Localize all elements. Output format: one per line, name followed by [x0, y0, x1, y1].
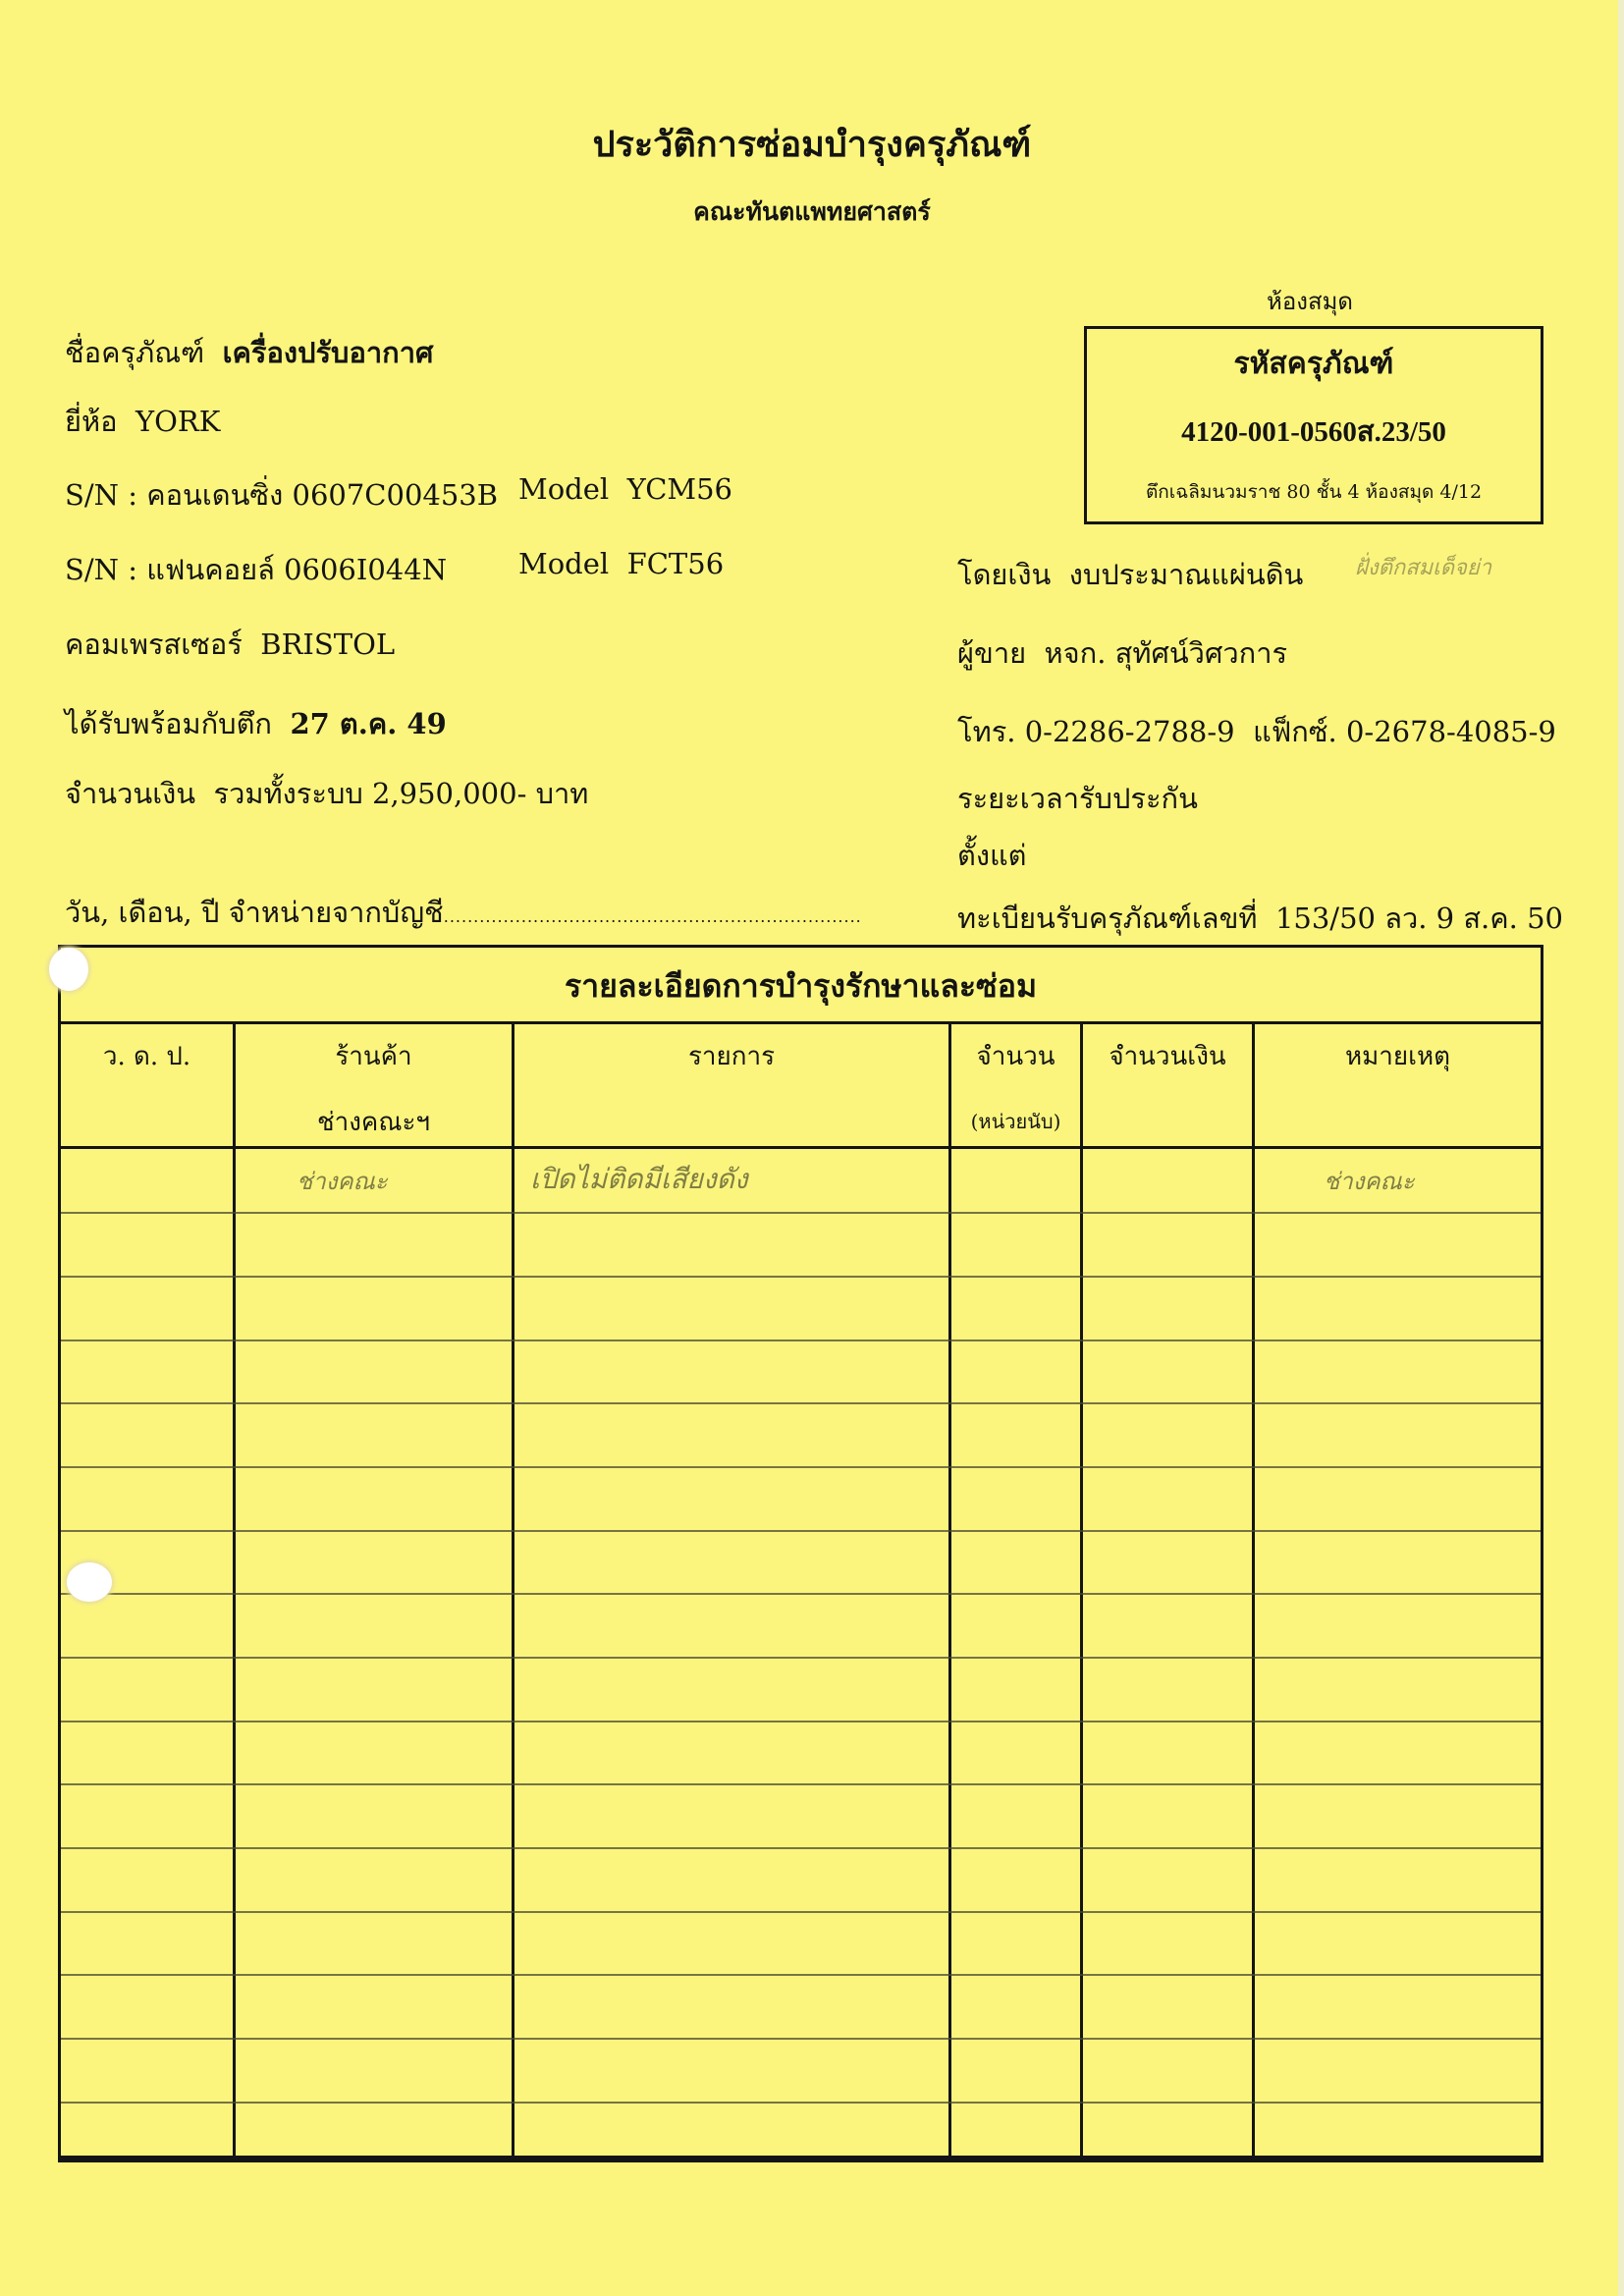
- row1-item: เปิดไม่ติดมีเสียงดัง: [530, 1158, 747, 1201]
- brand-value: YORK: [135, 405, 220, 438]
- model2-value: FCT56: [627, 547, 725, 580]
- column-divider: [512, 1024, 514, 2156]
- registry-field: ทะเบียนรับครุภัณฑ์เลขที่ 153/50 ลว. 9 ส.…: [957, 896, 1563, 941]
- equipment-name-label: ชื่อครุภัณฑ์: [65, 336, 204, 369]
- received-value: 27 ต.ค. 49: [290, 707, 446, 740]
- sn2-label: S/N : แฟนคอยล์: [65, 553, 275, 586]
- sn2-value: 0606I044N: [284, 553, 447, 586]
- compressor-value: BRISTOL: [260, 628, 395, 661]
- header-label: หมายเหตุ: [1345, 1042, 1450, 1071]
- warranty-label: ระยะเวลารับประกัน: [957, 776, 1198, 821]
- row-divider: [61, 1657, 1541, 1659]
- column-header-item: รายการ: [514, 1024, 948, 1149]
- registry-label: ทะเบียนรับครุภัณฑ์เลขที่: [957, 902, 1258, 935]
- amount-label: จำนวนเงิน: [65, 777, 195, 810]
- model2-field: Model FCT56: [518, 547, 724, 580]
- compressor-label: คอมเพรสเซอร์: [65, 628, 243, 661]
- received-field: ได้รับพร้อมกับตึก 27 ต.ค. 49: [65, 701, 447, 746]
- row-divider: [61, 1402, 1541, 1404]
- writeoff-label: วัน, เดือน, ปี จำหน่ายจากบัญชี: [65, 896, 444, 929]
- header-label: จำนวนเงิน: [1109, 1042, 1225, 1071]
- writeoff-blank: ........................................…: [444, 907, 862, 926]
- seller-value: หจก. สุทัศน์วิศวการ: [1045, 636, 1288, 670]
- column-header-date: ว. ด. ป.: [61, 1024, 233, 1149]
- column-divider: [1080, 1024, 1083, 2156]
- model1-field: Model YCM56: [518, 472, 732, 506]
- registry-value: 153/50 ลว. 9 ส.ค. 50: [1275, 902, 1563, 935]
- row-divider: [61, 1974, 1541, 1976]
- writeoff-field: วัน, เดือน, ปี จำหน่ายจากบัญชี..........…: [65, 890, 862, 935]
- table-title: รายละเอียดการบำรุงรักษาและซ่อม: [61, 948, 1541, 1024]
- row-divider: [61, 2102, 1541, 2104]
- row-divider: [61, 1593, 1541, 1595]
- brand-label: ยี่ห้อ: [65, 405, 118, 438]
- seller-label: ผู้ขาย: [957, 636, 1026, 670]
- funding-label: โดยเงิน: [957, 558, 1051, 591]
- equipment-name-value: เครื่องปรับอากาศ: [223, 336, 434, 369]
- punch-hole: [67, 1562, 112, 1602]
- amount-field: จำนวนเงิน รวมทั้งระบบ 2,950,000- บาท: [65, 771, 588, 816]
- row1-vendor: ช่างคณะ: [297, 1162, 388, 1200]
- row-divider: [61, 1466, 1541, 1468]
- header-rule: [61, 1146, 1541, 1149]
- brand-field: ยี่ห้อ YORK: [65, 399, 220, 444]
- code-heading: รหัสครุภัณฑ์: [1087, 341, 1541, 387]
- row-divider: [61, 1276, 1541, 1278]
- fax-label: แฟ็กซ์.: [1253, 715, 1337, 748]
- header-label: ว. ด. ป.: [103, 1042, 190, 1071]
- header-label: รายการ: [688, 1042, 775, 1071]
- column-header-remark: หมายเหตุ: [1255, 1024, 1541, 1149]
- punch-hole: [49, 948, 88, 991]
- column-divider: [948, 1024, 951, 2156]
- model1-value: YCM56: [627, 472, 732, 506]
- compressor-field: คอมเพรสเซอร์ BRISTOL: [65, 622, 395, 667]
- location-label: ห้องสมุด: [1267, 282, 1353, 320]
- document-title: ประวัติการซ่อมบำรุงครุภัณฑ์: [0, 116, 1624, 172]
- fax-value: 0-2678-4085-9: [1346, 715, 1556, 748]
- amount-value: รวมทั้งระบบ 2,950,000- บาท: [214, 777, 589, 810]
- row-divider: [61, 1911, 1541, 1913]
- column-header-vendor: ร้านค้า ช่างคณะฯ: [236, 1024, 512, 1149]
- row-divider: [61, 1530, 1541, 1532]
- equipment-name-field: ชื่อครุภัณฑ์ เครื่องปรับอากาศ: [65, 330, 433, 375]
- maintenance-table: รายละเอียดการบำรุงรักษาและซ่อม ว. ด. ป. …: [58, 945, 1543, 2162]
- model1-label: Model: [518, 472, 609, 506]
- header-sublabel: (หน่วยนับ): [951, 1106, 1080, 1137]
- row-divider: [61, 1721, 1541, 1722]
- warranty-from-label: ตั้งแต่: [957, 833, 1027, 878]
- sn1-value: 0607C00453B: [293, 478, 499, 512]
- row-divider: [61, 1339, 1541, 1341]
- row1-remark: ช่างคณะ: [1324, 1162, 1415, 1200]
- contact-field: โทร. 0-2286-2788-9 แฟ็กซ์. 0-2678-4085-9: [957, 709, 1556, 754]
- column-divider: [233, 1024, 236, 2156]
- row-divider: [61, 1847, 1541, 1849]
- header-sublabel: ช่างคณะฯ: [236, 1102, 512, 1142]
- header-label: ร้านค้า: [335, 1042, 411, 1071]
- funding-value: งบประมาณแผ่นดิน: [1069, 558, 1304, 591]
- model2-label: Model: [518, 547, 609, 580]
- sn1-label: S/N : คอนเดนซิ่ง: [65, 478, 283, 512]
- document-subtitle: คณะทันตแพทยศาสตร์: [0, 192, 1624, 232]
- handwritten-funding-note: ฝั่งตึกสมเด็จย่า: [1355, 550, 1491, 584]
- column-header-amount: จำนวนเงิน: [1083, 1024, 1252, 1149]
- funding-field: โดยเงิน งบประมาณแผ่นดิน: [957, 552, 1303, 597]
- sn-fancoil-field: S/N : แฟนคอยล์ 0606I044N: [65, 547, 447, 592]
- seller-field: ผู้ขาย หจก. สุทัศน์วิศวการ: [957, 630, 1287, 676]
- equipment-code: 4120-001-0560ส.23/50: [1087, 409, 1541, 454]
- column-divider: [1252, 1024, 1255, 2156]
- header-label: จำนวน: [977, 1042, 1056, 1071]
- row-divider: [61, 1783, 1541, 1785]
- location-detail: ตึกเฉลิมนวมราช 80 ชั้น 4 ห้องสมุด 4/12: [1087, 477, 1541, 507]
- phone-value: 0-2286-2788-9: [1025, 715, 1235, 748]
- row-divider: [61, 2038, 1541, 2040]
- equipment-code-box: รหัสครุภัณฑ์ 4120-001-0560ส.23/50 ตึกเฉล…: [1084, 326, 1543, 524]
- column-header-quantity: จำนวน (หน่วยนับ): [951, 1024, 1080, 1149]
- phone-label: โทร.: [957, 715, 1016, 748]
- sn-condensing-field: S/N : คอนเดนซิ่ง 0607C00453B: [65, 472, 498, 518]
- scan-edge: [1618, 0, 1624, 2296]
- row-divider: [61, 1212, 1541, 1214]
- received-label: ได้รับพร้อมกับตึก: [65, 707, 272, 740]
